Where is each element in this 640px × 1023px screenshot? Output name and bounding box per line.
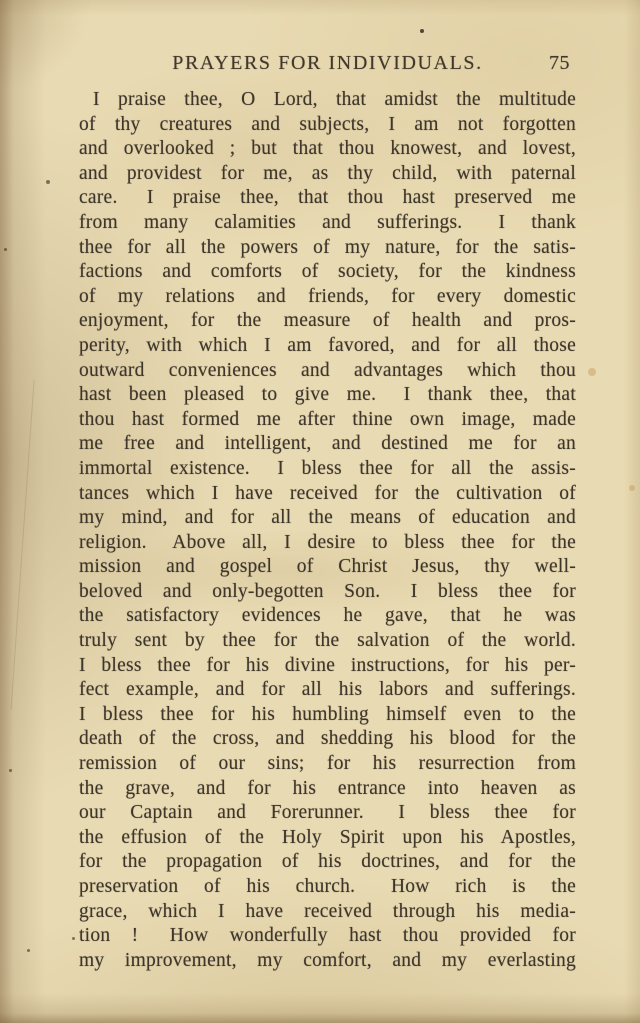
text-line: our Captain and Forerunner. I bless thee… bbox=[79, 801, 576, 826]
book-page: PRAYERS FOR INDIVIDUALS. 75 I praise the… bbox=[0, 0, 640, 1023]
ink-speck bbox=[46, 180, 50, 184]
text-line: for the propagation of his doctrines, an… bbox=[79, 850, 576, 875]
text-line: factions and comforts of society, for th… bbox=[79, 260, 576, 285]
ink-speck bbox=[9, 769, 12, 772]
text-line: from many calamities and sufferings. I t… bbox=[79, 211, 576, 236]
text-line: hast been pleased to give me. I thank th… bbox=[79, 383, 576, 408]
text-line: grace, which I have received through his… bbox=[79, 900, 576, 925]
ink-speck bbox=[27, 949, 30, 952]
page-crease bbox=[10, 380, 34, 709]
text-line: tion ! How wonderfully hast thou provide… bbox=[79, 924, 576, 949]
ink-speck bbox=[72, 937, 75, 940]
text-line: perity, with which I am favored, and for… bbox=[79, 334, 576, 359]
text-line: religion. Above all, I desire to bless t… bbox=[79, 531, 576, 556]
text-line: fect example, and for all his labors and… bbox=[79, 678, 576, 703]
text-line: mission and gospel of Christ Jesus, thy … bbox=[79, 555, 576, 580]
text-line: my mind, and for all the means of educat… bbox=[79, 506, 576, 531]
text-line: death of the cross, and shedding his blo… bbox=[79, 727, 576, 752]
text-block: I praise thee, O Lord, that amidst the m… bbox=[79, 88, 576, 973]
text-line: thee for all the powers of my nature, fo… bbox=[79, 236, 576, 261]
text-line: preservation of his church. How rich is … bbox=[79, 875, 576, 900]
text-line: I praise thee, O Lord, that amidst the m… bbox=[79, 88, 576, 113]
text-line: the grave, and for his entrance into hea… bbox=[79, 777, 576, 802]
running-header: PRAYERS FOR INDIVIDUALS. 75 bbox=[79, 50, 576, 76]
text-line: remission of our sins; for his resurrect… bbox=[79, 752, 576, 777]
text-line: and overlooked ; but that thou knowest, … bbox=[79, 137, 576, 162]
ink-speck bbox=[420, 29, 424, 33]
paper-fleck bbox=[588, 368, 596, 376]
text-line: of my relations and friends, for every d… bbox=[79, 285, 576, 310]
text-line: enjoyment, for the measure of health and… bbox=[79, 309, 576, 334]
text-line: truly sent by thee for the salvation of … bbox=[79, 629, 576, 654]
text-line: beloved and only-begotten Son. I bless t… bbox=[79, 580, 576, 605]
text-line: the effusion of the Holy Spirit upon his… bbox=[79, 826, 576, 851]
text-line: of thy creatures and subjects, I am not … bbox=[79, 113, 576, 138]
text-line: and providest for me, as thy child, with… bbox=[79, 162, 576, 187]
text-line: me free and intelligent, and destined me… bbox=[79, 432, 576, 457]
text-line: the satisfactory evidences he gave, that… bbox=[79, 604, 576, 629]
text-line: tances which I have received for the cul… bbox=[79, 482, 576, 507]
page-number: 75 bbox=[549, 50, 570, 76]
page-header-title: PRAYERS FOR INDIVIDUALS. bbox=[172, 52, 482, 74]
text-line: I bless thee for his divine instructions… bbox=[79, 654, 576, 679]
text-line: outward conveniences and advantages whic… bbox=[79, 359, 576, 384]
text-line: immortal existence. I bless thee for all… bbox=[79, 457, 576, 482]
text-line: I bless thee for his humbling himself ev… bbox=[79, 703, 576, 728]
text-line: my improvement, my comfort, and my everl… bbox=[79, 949, 576, 974]
paper-fleck bbox=[629, 485, 635, 491]
text-line: thou hast formed me after thine own imag… bbox=[79, 408, 576, 433]
ink-speck bbox=[4, 248, 7, 251]
text-line: care. I praise thee, that thou hast pres… bbox=[79, 186, 576, 211]
